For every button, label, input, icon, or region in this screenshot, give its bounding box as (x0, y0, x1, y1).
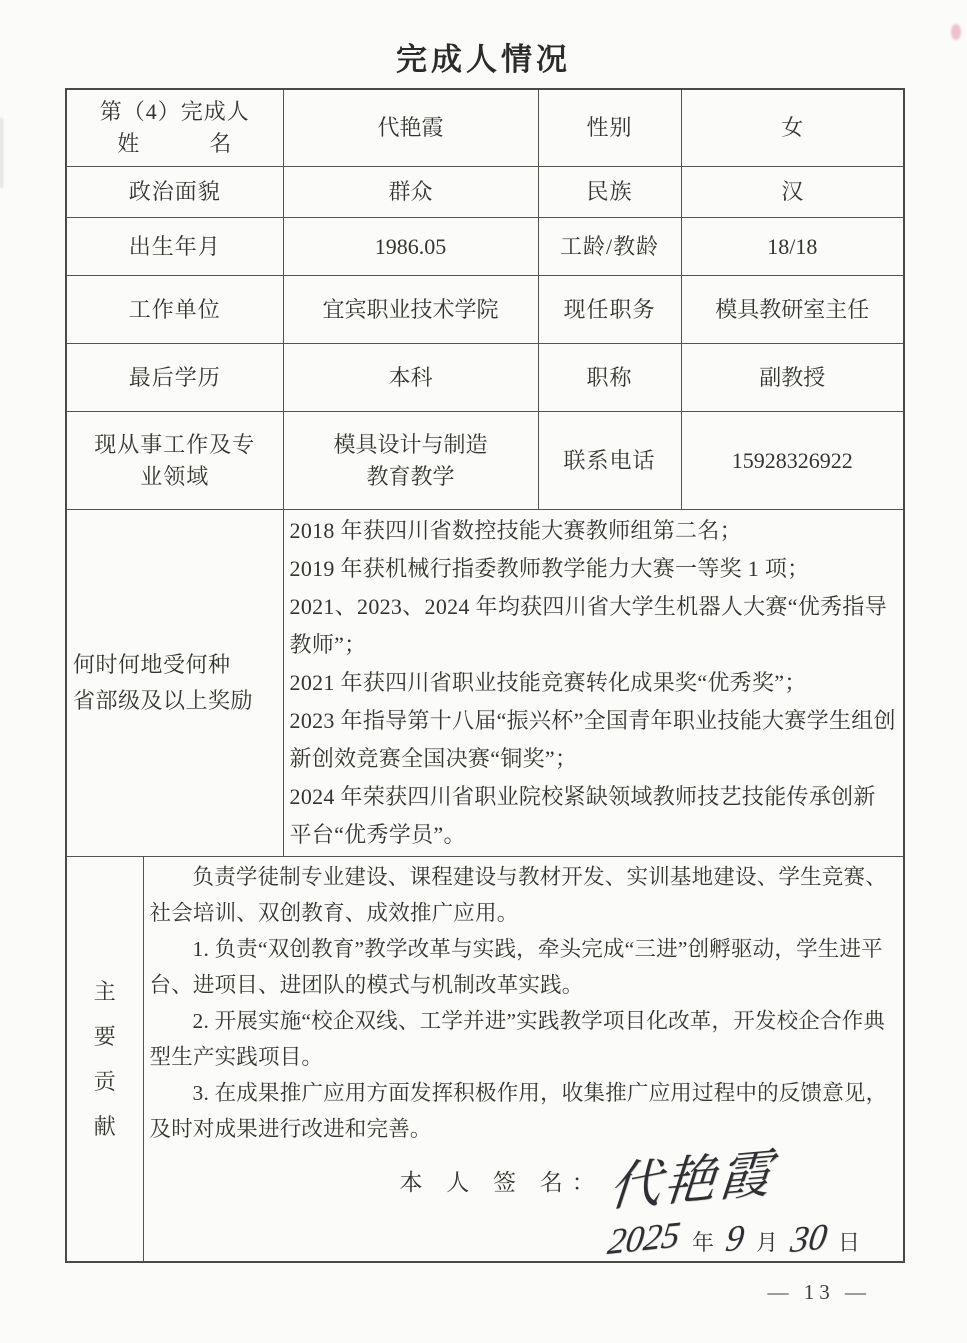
signature-date-line: 2025 年 9 月 30 日 (150, 1217, 898, 1259)
field-label-birth-date: 出生年月 (66, 218, 283, 276)
year-unit-label: 年 (686, 1230, 721, 1255)
field-value-education: 本科 (283, 344, 538, 412)
table-row: 工作单位 宜宾职业技术学院 现任职务 模具教研室主任 (66, 276, 904, 344)
award-line: 2024 年荣获四川省职业院校紧缺领域教师技艺技能传承创新平台“优秀学员”。 (290, 778, 898, 854)
handwritten-signature: 代艳霞 (607, 1152, 776, 1214)
field-value-current-work-field: 模具设计与制造 教育教学 (283, 412, 538, 510)
awards-content-cell: 2018 年获四川省数控技能大赛教师组第二名； 2019 年获机械行指委教师教学… (283, 510, 904, 857)
field-value-seniority: 18/18 (681, 218, 904, 276)
field-value-ethnicity: 汉 (681, 167, 904, 218)
field-label-professional-title: 职称 (538, 344, 681, 412)
table-row: 现从事工作及专 业领域 模具设计与制造 教育教学 联系电话 1592832692… (66, 412, 904, 510)
table-row: 政治面貌 群众 民族 汉 (66, 167, 904, 218)
field-value-name: 代艳霞 (283, 89, 538, 167)
field-value-birth-date: 1986.05 (283, 218, 538, 276)
handwritten-month: 9 (724, 1216, 748, 1261)
page-number: — 13 — (768, 1280, 872, 1305)
month-unit-label: 月 (750, 1230, 785, 1255)
scan-artifact-edge-smudge (0, 118, 3, 188)
field-label-awards: 何时何地受何种 省部级及以上奖励 (66, 510, 283, 857)
table-row: 最后学历 本科 职称 副教授 (66, 344, 904, 412)
table-row: 第（4）完成人 姓 名 代艳霞 性别 女 (66, 89, 904, 167)
handwritten-day: 30 (788, 1215, 830, 1262)
field-label-seniority: 工龄/教龄 (538, 218, 681, 276)
awards-row: 何时何地受何种 省部级及以上奖励 2018 年获四川省数控技能大赛教师组第二名；… (66, 510, 904, 857)
award-line: 2019 年获机械行指委教师教学能力大赛一等奖 1 项； (290, 550, 898, 588)
contribution-paragraph: 3. 在成果推广应用方面发挥积极作用，收集推广应用过程中的反馈意见，及时对成果进… (150, 1075, 898, 1147)
signature-line: 本 人 签 名： 代艳霞 (150, 1155, 898, 1219)
field-label-current-work-field: 现从事工作及专 业领域 (66, 412, 283, 510)
award-line: 2021、2023、2024 年均获四川省大学生机器人大赛“优秀指导教师”； (290, 588, 898, 664)
field-value-work-unit: 宜宾职业技术学院 (283, 276, 538, 344)
award-line: 2023 年指导第十八届“振兴杯”全国青年职业技能大赛学生组创新创效竞赛全国决赛… (290, 702, 898, 778)
field-value-professional-title: 副教授 (681, 344, 904, 412)
contribution-paragraph: 2. 开展实施“校企双线、工学并进”实践教学项目化改革，开发校企合作典型生产实践… (150, 1003, 898, 1075)
field-label-ethnicity: 民族 (538, 167, 681, 218)
signature-label: 本 人 签 名： (400, 1170, 604, 1195)
field-label-education: 最后学历 (66, 344, 283, 412)
contribution-paragraph: 负责学徒制专业建设、课程建设与教材开发、实训基地建设、学生竞赛、社会培训、双创教… (150, 859, 898, 931)
field-value-political-status: 群众 (283, 167, 538, 218)
field-label-main-contributions: 主 要 贡 献 (66, 857, 143, 1263)
contributions-row: 主 要 贡 献 负责学徒制专业建设、课程建设与教材开发、实训基地建设、学生竞赛、… (66, 857, 904, 1263)
day-unit-label: 日 (832, 1230, 867, 1255)
table-row: 出生年月 1986.05 工龄/教龄 18/18 (66, 218, 904, 276)
completer-info-table: 第（4）完成人 姓 名 代艳霞 性别 女 政治面貌 群众 民族 汉 出生年月 1… (65, 88, 905, 1263)
field-label-gender: 性别 (538, 89, 681, 167)
field-label-name: 第（4）完成人 姓 名 (66, 89, 283, 167)
award-line: 2021 年获四川省职业技能竞赛转化成果奖“优秀奖”； (290, 664, 898, 702)
page-title: 完成人情况 (0, 34, 967, 79)
field-value-gender: 女 (681, 89, 904, 167)
award-line: 2018 年获四川省数控技能大赛教师组第二名； (290, 512, 898, 550)
field-value-contact-phone: 15928326922 (681, 412, 904, 510)
scanned-document-page: 完成人情况 第（4）完成人 姓 名 代艳霞 性别 女 政治面貌 群众 民族 汉 … (0, 0, 967, 1343)
field-value-current-position: 模具教研室主任 (681, 276, 904, 344)
contribution-paragraph: 1. 负责“双创教育”教学改革与实践，牵头完成“三进”创孵驱动，学生进平台、进项… (150, 931, 898, 1003)
handwritten-year: 2025 (606, 1213, 684, 1262)
field-label-contact-phone: 联系电话 (538, 412, 681, 510)
field-label-work-unit: 工作单位 (66, 276, 283, 344)
field-label-political-status: 政治面貌 (66, 167, 283, 218)
field-label-current-position: 现任职务 (538, 276, 681, 344)
contributions-content-cell: 负责学徒制专业建设、课程建设与教材开发、实训基地建设、学生竞赛、社会培训、双创教… (143, 857, 904, 1263)
